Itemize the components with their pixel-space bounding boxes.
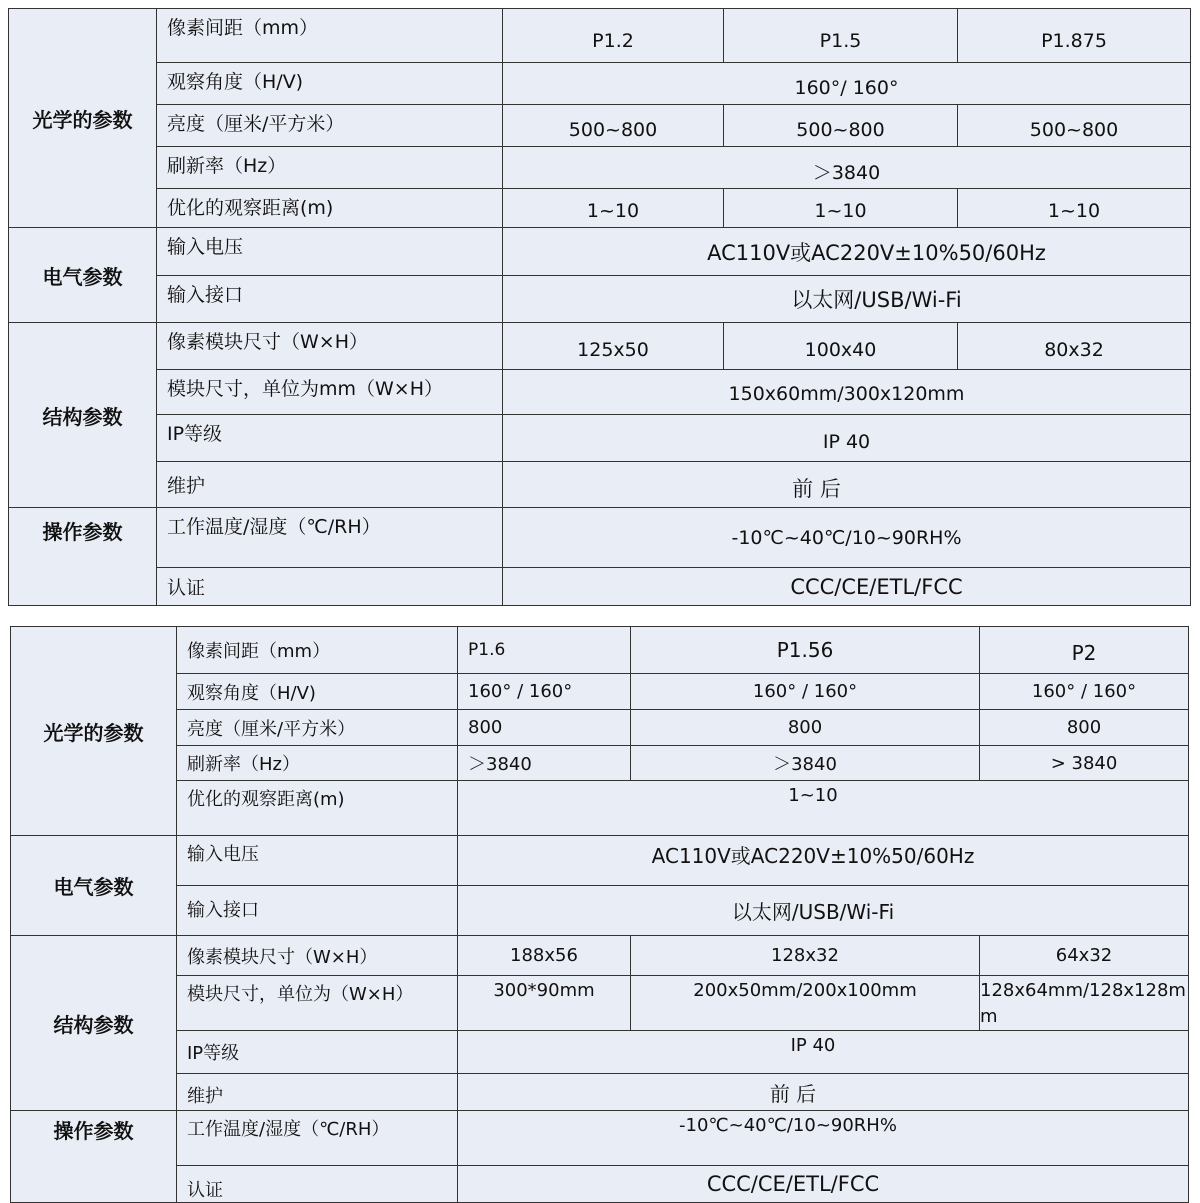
row-label: 优化的观察距离(m) [157, 189, 503, 228]
table-row: 认证 CCC/CE/ETL/FCC [11, 1166, 1189, 1203]
cell-value: -10℃~40℃/10~90RH% [503, 508, 1191, 568]
cell-value: > 3840 [980, 746, 1189, 781]
table-row: 刷新率（Hz） ＞3840 [9, 147, 1191, 189]
row-label: 刷新率（Hz） [157, 147, 503, 189]
table-row: 电气参数 输入电压 AC110V或AC220V±10%50/60Hz [9, 228, 1191, 276]
row-label: 观察角度（H/V) [177, 674, 458, 710]
row-label: 像素模块尺寸（W×H） [157, 323, 503, 370]
table-row: 光学的参数 像素间距（mm） P1.2 P1.5 P1.875 [9, 9, 1191, 63]
row-label: 优化的观察距离(m) [177, 781, 458, 836]
row-label: 像素间距（mm） [177, 627, 458, 674]
cell-value: 1~10 [458, 781, 1189, 836]
group-electrical: 电气参数 [11, 836, 177, 936]
table-row: 观察角度（H/V) 160°/ 160° [9, 63, 1191, 105]
group-structural: 结构参数 [11, 936, 177, 1111]
cell-value: 128x64mm/128x128mm [980, 976, 1189, 1031]
table-row: 亮度（厘米/平方米） 500~800 500~800 500~800 [9, 105, 1191, 147]
group-optical: 光学的参数 [9, 9, 157, 228]
cell-value: P1.6 [458, 627, 631, 674]
table-row: 光学的参数 像素间距（mm） P1.6 P1.56 P2 [11, 627, 1189, 674]
table-row: 亮度（厘米/平方米） 800 800 800 [11, 710, 1189, 746]
cell-value: 160° / 160° [458, 674, 631, 710]
table-row: 输入接口 以太网/USB/Wi-Fi [9, 276, 1191, 323]
cell-value: 125x50 [503, 323, 724, 370]
row-label: 模块尺寸，单位为mm（W×H） [157, 370, 503, 415]
cell-value: 1~10 [958, 189, 1191, 228]
cell-value: 80x32 [958, 323, 1191, 370]
cell-value: 500~800 [958, 105, 1191, 147]
cell-value: 188x56 [458, 936, 631, 976]
row-label: 维护 [177, 1074, 458, 1111]
row-label: 刷新率（Hz） [177, 746, 458, 781]
table-row: 模块尺寸，单位为mm（W×H） 150x60mm/300x120mm [9, 370, 1191, 415]
cell-value: P1.5 [724, 9, 958, 63]
group-optical: 光学的参数 [11, 627, 177, 836]
row-label: 观察角度（H/V) [157, 63, 503, 105]
cell-value: ＞3840 [631, 746, 980, 781]
row-label: 像素间距（mm） [157, 9, 503, 63]
table-row: 操作参数 工作温度/湿度（℃/RH） -10℃~40℃/10~90RH% [9, 508, 1191, 568]
row-label: 像素模块尺寸（W×H） [177, 936, 458, 976]
row-label: 维护 [157, 462, 503, 508]
table-row: 操作参数 工作温度/湿度（℃/RH） -10℃~40℃/10~90RH% [11, 1111, 1189, 1166]
cell-value: 128x32 [631, 936, 980, 976]
cell-value: 500~800 [724, 105, 958, 147]
row-label: 输入接口 [177, 886, 458, 936]
cell-value: P1.56 [631, 627, 980, 674]
cell-value: CCC/CE/ETL/FCC [458, 1166, 1189, 1203]
table-row: 维护 前 后 [11, 1074, 1189, 1111]
cell-value: 1~10 [724, 189, 958, 228]
spec-table-2: 光学的参数 像素间距（mm） P1.6 P1.56 P2 观察角度（H/V) 1… [10, 626, 1189, 1203]
cell-value: CCC/CE/ETL/FCC [503, 568, 1191, 606]
cell-value: 前 后 [503, 462, 1191, 508]
row-label: 认证 [157, 568, 503, 606]
table-row: 优化的观察距离(m) 1~10 [11, 781, 1189, 836]
table-row: IP等级 IP 40 [9, 415, 1191, 462]
table-row: 电气参数 输入电压 AC110V或AC220V±10%50/60Hz [11, 836, 1189, 886]
spec-table-1: 光学的参数 像素间距（mm） P1.2 P1.5 P1.875 观察角度（H/V… [8, 8, 1191, 606]
table-row: 结构参数 像素模块尺寸（W×H） 125x50 100x40 80x32 [9, 323, 1191, 370]
row-label: IP等级 [177, 1031, 458, 1074]
group-operational: 操作参数 [11, 1111, 177, 1203]
row-label: 工作温度/湿度（℃/RH） [177, 1111, 458, 1166]
table-row: 结构参数 像素模块尺寸（W×H） 188x56 128x32 64x32 [11, 936, 1189, 976]
cell-value: P1.875 [958, 9, 1191, 63]
cell-value: AC110V或AC220V±10%50/60Hz [458, 836, 1189, 886]
cell-value: 1~10 [503, 189, 724, 228]
cell-value: AC110V或AC220V±10%50/60Hz [503, 228, 1191, 276]
cell-value: 800 [458, 710, 631, 746]
cell-value: -10℃~40℃/10~90RH% [458, 1111, 1189, 1166]
table-row: 维护 前 后 [9, 462, 1191, 508]
row-label: IP等级 [157, 415, 503, 462]
table-row: 优化的观察距离(m) 1~10 1~10 1~10 [9, 189, 1191, 228]
cell-value: 以太网/USB/Wi-Fi [503, 276, 1191, 323]
row-label: 输入接口 [157, 276, 503, 323]
cell-value: IP 40 [458, 1031, 1189, 1074]
cell-value: 64x32 [980, 936, 1189, 976]
cell-value: ＞3840 [503, 147, 1191, 189]
table-row: 模块尺寸，单位为（W×H） 300*90mm 200x50mm/200x100m… [11, 976, 1189, 1031]
group-structural: 结构参数 [9, 323, 157, 508]
cell-value: 200x50mm/200x100mm [631, 976, 980, 1031]
row-label: 亮度（厘米/平方米） [157, 105, 503, 147]
cell-value: 160° / 160° [980, 674, 1189, 710]
group-electrical: 电气参数 [9, 228, 157, 323]
cell-value: 300*90mm [458, 976, 631, 1031]
table-row: 输入接口 以太网/USB/Wi-Fi [11, 886, 1189, 936]
table-row: 刷新率（Hz） ＞3840 ＞3840 > 3840 [11, 746, 1189, 781]
table-row: 认证 CCC/CE/ETL/FCC [9, 568, 1191, 606]
cell-value: 500~800 [503, 105, 724, 147]
cell-value: 以太网/USB/Wi-Fi [458, 886, 1189, 936]
row-label: 模块尺寸，单位为（W×H） [177, 976, 458, 1031]
group-operational: 操作参数 [9, 508, 157, 606]
cell-value: P1.2 [503, 9, 724, 63]
cell-value: 800 [631, 710, 980, 746]
cell-value: 100x40 [724, 323, 958, 370]
cell-value: ＞3840 [458, 746, 631, 781]
cell-value: P2 [980, 627, 1189, 674]
row-label: 工作温度/湿度（℃/RH） [157, 508, 503, 568]
cell-value: 160° / 160° [631, 674, 980, 710]
row-label: 认证 [177, 1166, 458, 1203]
cell-value: 150x60mm/300x120mm [503, 370, 1191, 415]
cell-value: 800 [980, 710, 1189, 746]
row-label: 输入电压 [157, 228, 503, 276]
row-label: 输入电压 [177, 836, 458, 886]
table-row: IP等级 IP 40 [11, 1031, 1189, 1074]
row-label: 亮度（厘米/平方米） [177, 710, 458, 746]
cell-value: IP 40 [503, 415, 1191, 462]
cell-value: 160°/ 160° [503, 63, 1191, 105]
cell-value: 前 后 [458, 1074, 1189, 1111]
table-row: 观察角度（H/V) 160° / 160° 160° / 160° 160° /… [11, 674, 1189, 710]
